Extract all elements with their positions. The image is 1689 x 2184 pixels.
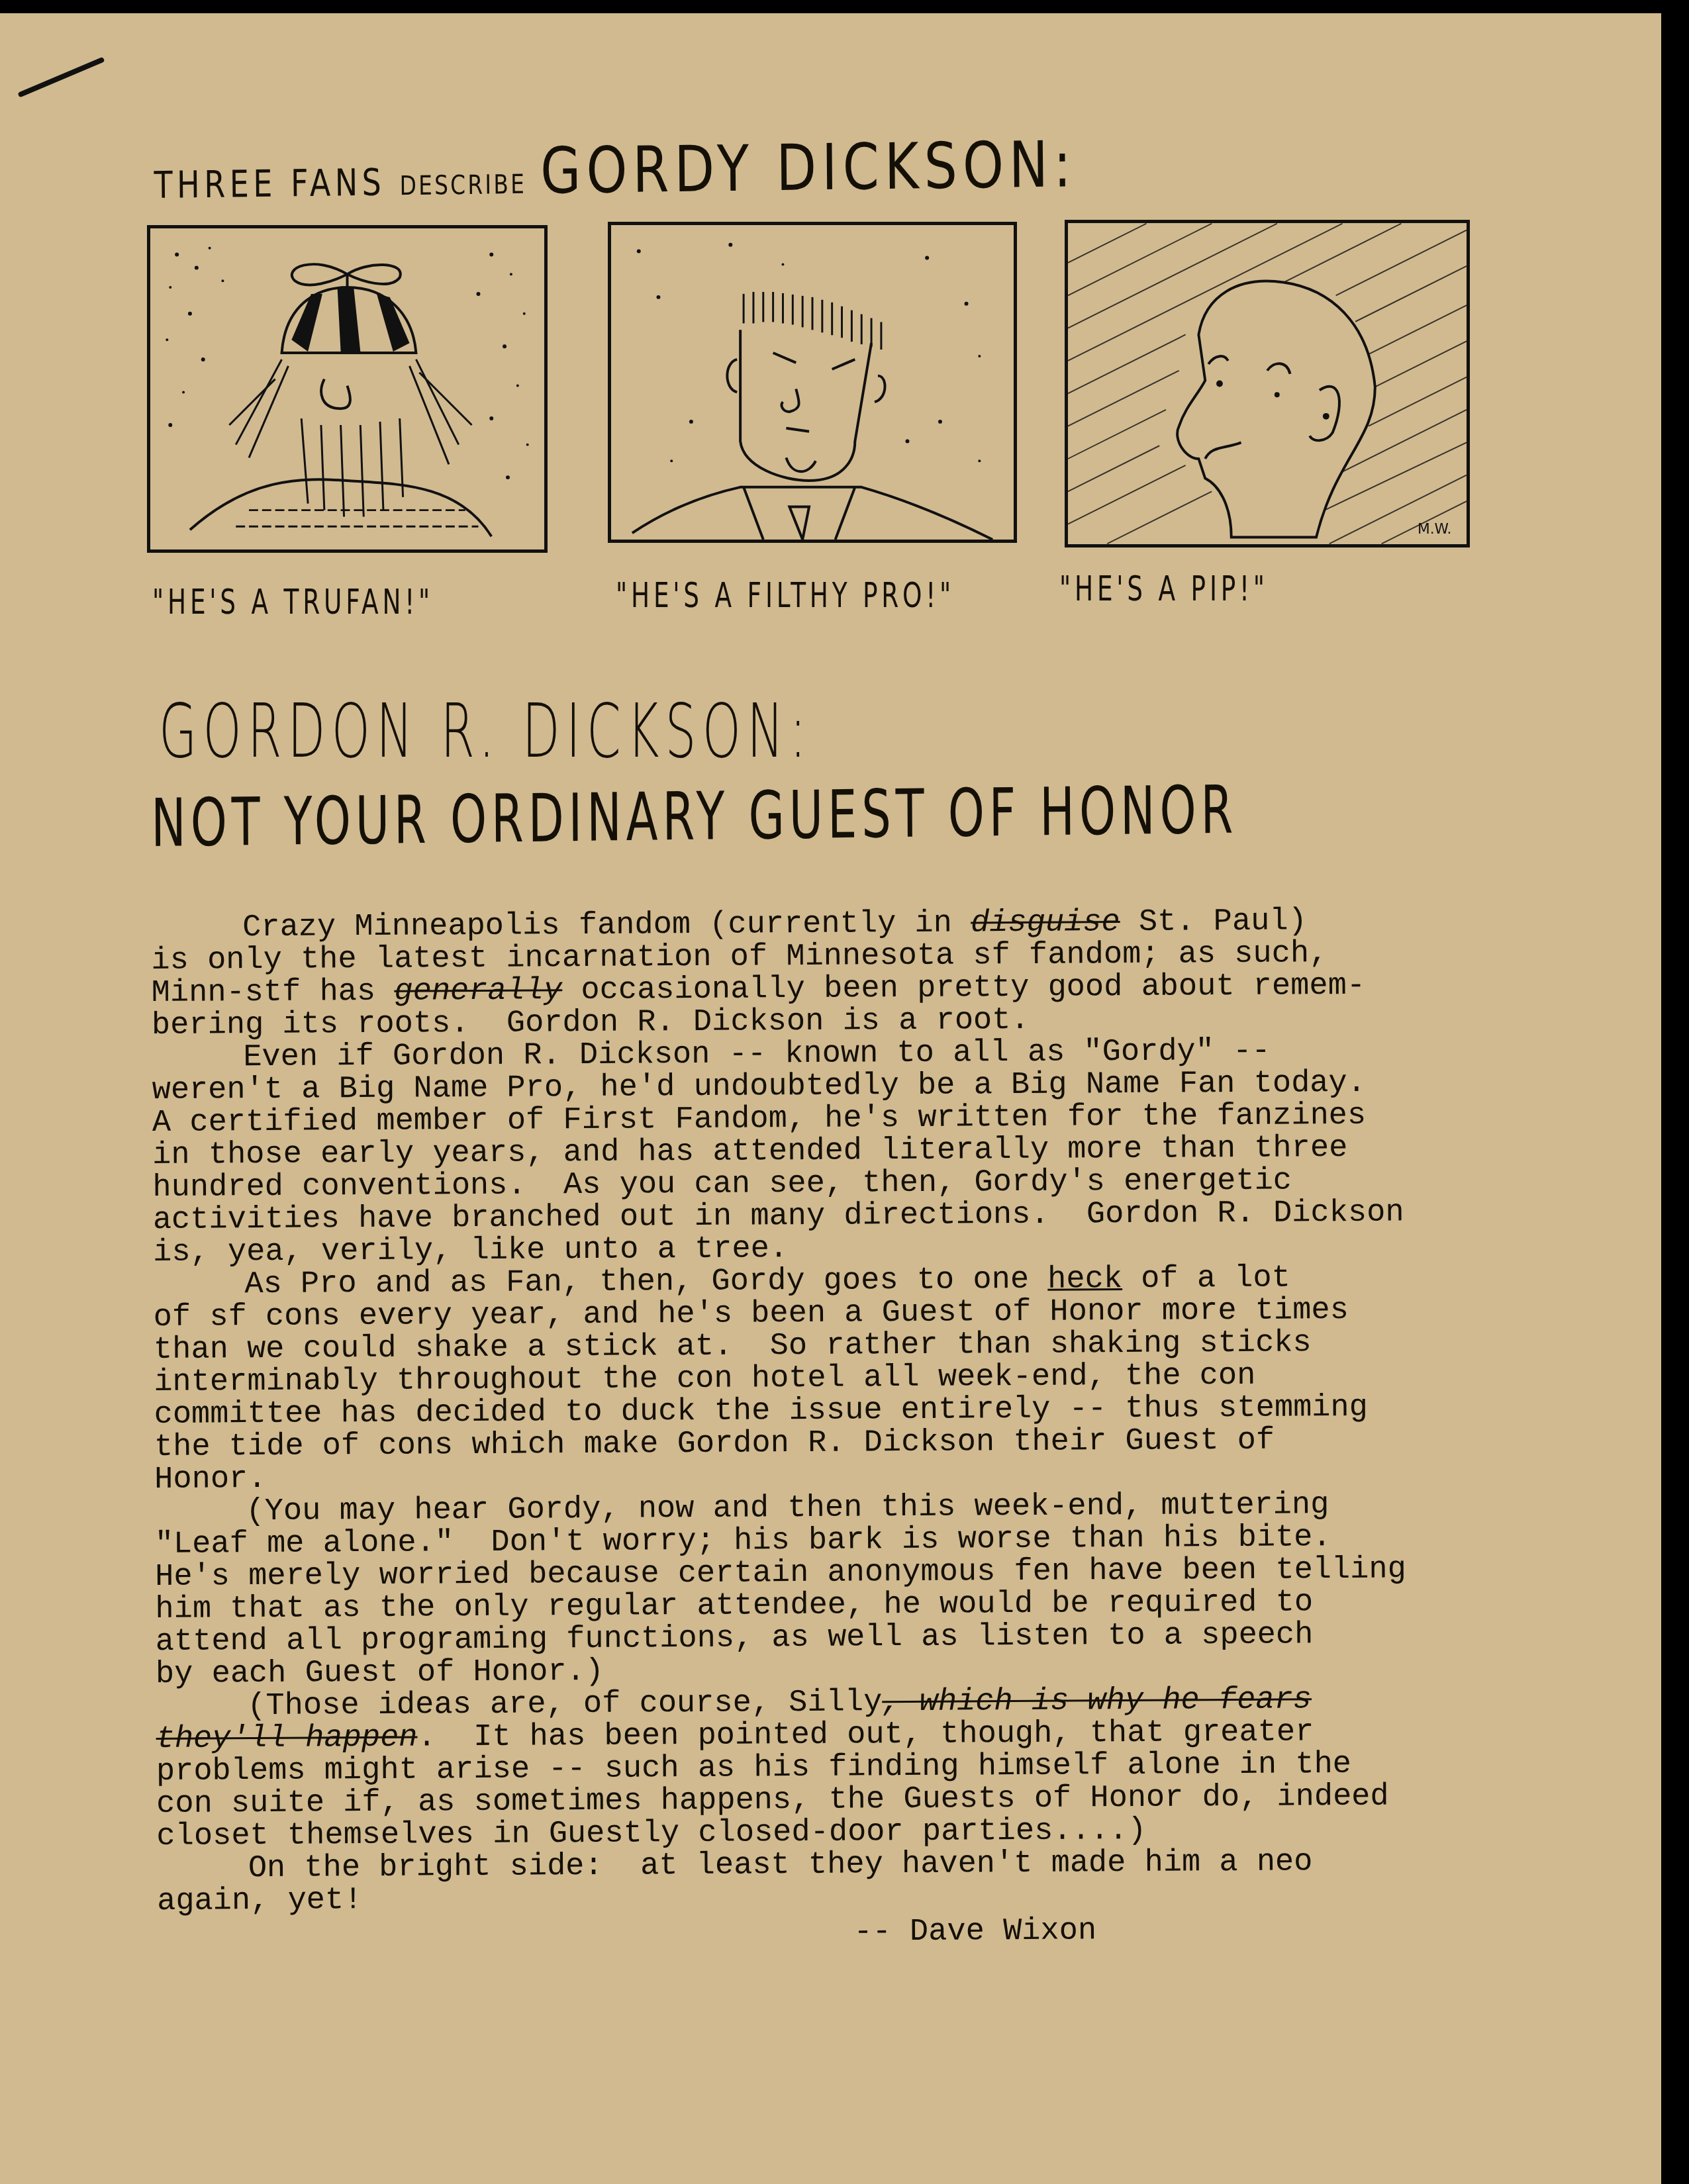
text-segment: by each Guest of Honor.): [156, 1654, 604, 1692]
headline-line-2: NOT YOUR ORDINARY GUEST OF HONOR: [151, 771, 1238, 862]
cartoon-panel-filthy-pro: [608, 222, 1017, 543]
text-segment: Honor.: [154, 1462, 267, 1497]
pro-illustration: [611, 225, 1014, 540]
panel-caption-filthy-pro: "HE'S A FILTHY PRO!": [616, 576, 955, 616]
struck-text: they'll happen: [156, 1721, 417, 1757]
text-segment: again, yet!: [157, 1883, 363, 1919]
artist-signature: M.W.: [1418, 521, 1452, 538]
text-segment: On the bright side: at least they haven'…: [248, 1844, 1313, 1886]
text-segment: occasionally been pretty good about reme…: [562, 969, 1365, 1008]
text-segment: Minn-stf has: [152, 974, 395, 1011]
text-segment: attend all programing functions, as well…: [156, 1617, 1314, 1660]
headline-line-1: GORDON R. DICKSON:: [159, 688, 812, 775]
cartoon-panel-pip: M.W.: [1065, 220, 1470, 547]
pen-mark: [17, 57, 105, 98]
trufan-illustration: [150, 228, 544, 549]
title-part-1: THREE FANS: [154, 162, 385, 207]
text-segment: the tide of cons which make Gordon R. Di…: [154, 1423, 1275, 1465]
underlined-text: heck: [1047, 1262, 1122, 1298]
title-part-3: GORDY DICKSON:: [540, 127, 1077, 208]
title-part-2: DESCRIBE: [399, 169, 526, 201]
scan-border-right: [1661, 0, 1689, 2184]
struck-text: , which is why he fears: [882, 1682, 1312, 1720]
article-line: activities have branched out in many dir…: [153, 1196, 1563, 1237]
text-segment: St. Paul): [1120, 904, 1307, 940]
panel-caption-trufan: "HE'S A TRUFAN!": [152, 583, 434, 622]
page-title: THREE FANS DESCRIBE GORDY DICKSON:: [154, 127, 1077, 213]
pip-illustration: M.W.: [1068, 223, 1467, 544]
scan-border-top: [0, 0, 1689, 13]
author-signature: -- Dave Wixon: [157, 1912, 1567, 1953]
struck-text: generally: [394, 973, 562, 1010]
article-body: Crazy Minneapolis fandom (currently in d…: [151, 904, 1568, 1953]
text-segment: of a lot: [1122, 1260, 1290, 1297]
struck-text: disguise: [971, 905, 1120, 941]
panel-caption-pip: "HE'S A PIP!": [1059, 569, 1269, 609]
cartoon-panel-trufan: [147, 225, 548, 553]
